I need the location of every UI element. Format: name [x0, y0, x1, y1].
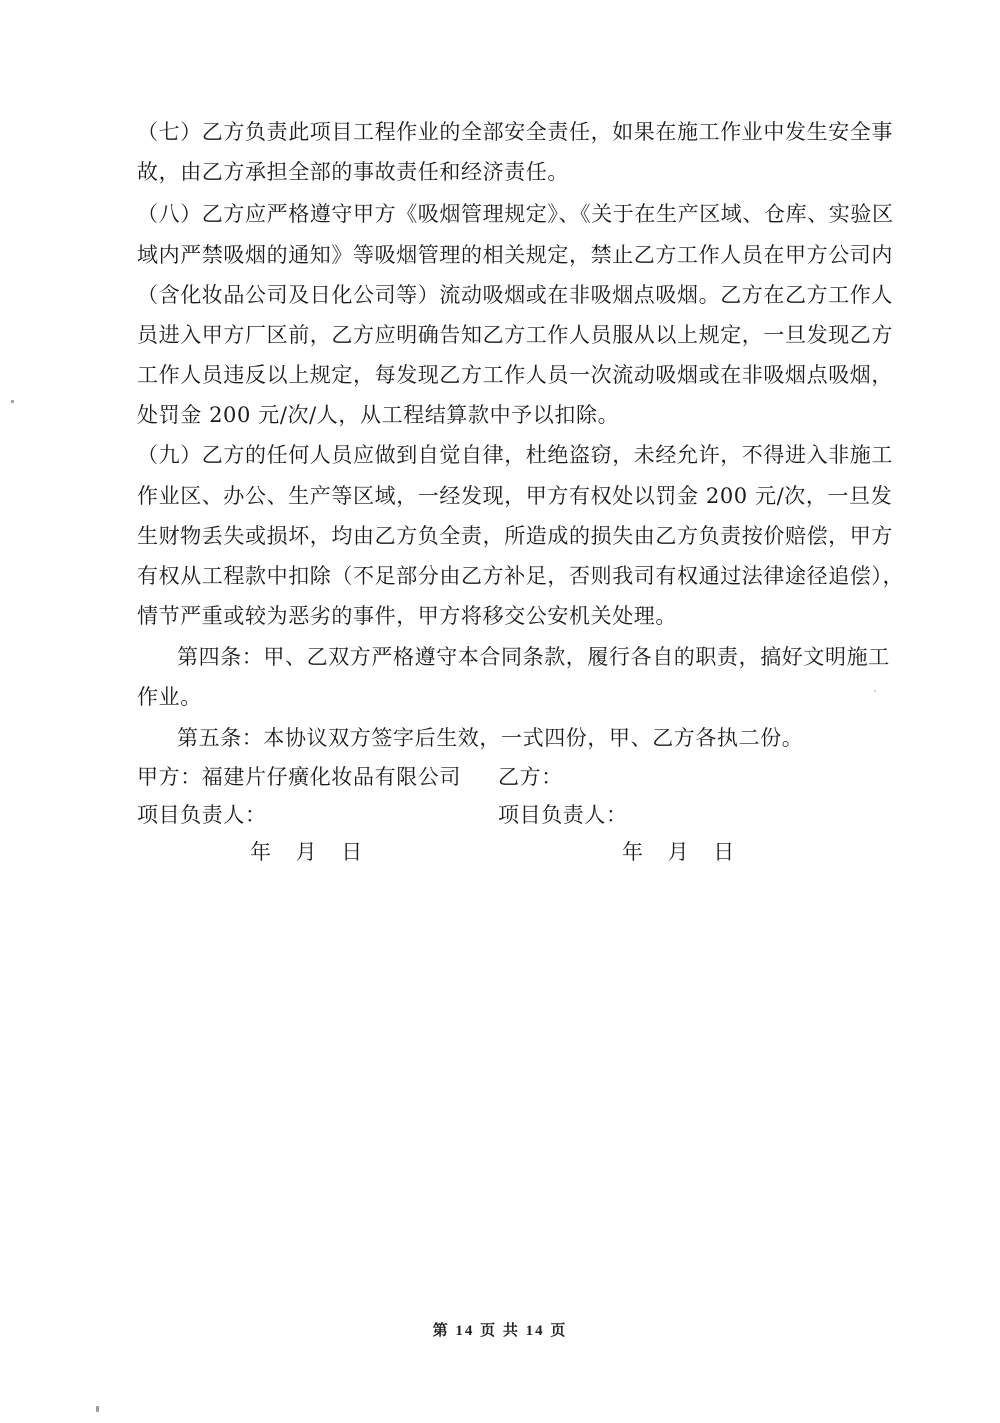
- clause-9-line-5: 情节严重或较为恶劣的事件，甲方将移交公安机关处理。: [137, 604, 677, 628]
- month-label: 月: [296, 840, 318, 864]
- article-4-line-2: 作业。: [137, 685, 202, 709]
- clause-8-line-2: 域内严禁吸烟的通知》等吸烟管理的相关规定，禁止乙方工作人员在甲方公司内: [137, 243, 893, 267]
- party-a-name: 甲方：福建片仔癀化妆品有限公司: [137, 765, 461, 789]
- clause-8-line-3: （含化妆品公司及日化公司等）流动吸烟或在非吸烟点吸烟。乙方在乙方工作人: [137, 283, 893, 307]
- clause-9-line-1: （九）乙方的任何人员应做到自觉自律，杜绝盗窃，未经允许，不得进入非施工: [137, 443, 893, 467]
- clause-7-line-1: （七）乙方负责此项目工程作业的全部安全责任，如果在施工作业中发生安全事: [137, 120, 893, 144]
- clause-8-line-4: 员进入甲方厂区前，乙方应明确告知乙方工作人员服从以上规定，一旦发现乙方: [137, 323, 893, 347]
- party-b-date: 年月日: [622, 840, 759, 864]
- month-label: 月: [668, 840, 690, 864]
- clause-9-line-3: 生财物丢失或损坏，均由乙方负全责，所造成的损失由乙方负责按价赔偿，甲方: [137, 524, 893, 548]
- clause-8-line-1: （八）乙方应严格遵守甲方《吸烟管理规定》、《关于在生产区域、仓库、实验区: [137, 202, 894, 226]
- day-label: 日: [713, 840, 735, 864]
- document-page: （七）乙方负责此项目工程作业的全部安全责任，如果在施工作业中发生安全事 故，由乙…: [0, 0, 1000, 1423]
- year-label: 年: [250, 840, 272, 864]
- article-4-line-1: 第四条：甲、乙双方严格遵守本合同条款，履行各自的职责，搞好文明施工: [177, 645, 890, 669]
- day-label: 日: [341, 840, 363, 864]
- clause-8-line-6: 处罚金 200 元/次/人，从工程结算款中予以扣除。: [137, 403, 619, 427]
- clause-8-line-5: 工作人员违反以上规定，每发现乙方工作人员一次流动吸烟或在非吸烟点吸烟，: [137, 363, 893, 387]
- scan-speck: [11, 400, 14, 403]
- party-b-manager-label: 项目负责人：: [498, 803, 628, 827]
- scan-speck: [874, 690, 876, 692]
- article-5-line-1: 第五条：本协议双方签字后生效，一式四份，甲、乙方各执二份。: [177, 726, 803, 750]
- party-b-name: 乙方：: [498, 765, 563, 789]
- year-label: 年: [622, 840, 644, 864]
- clause-9-line-2: 作业区、办公、生产等区域，一经发现，甲方有权处以罚金 200 元/次，一旦发: [137, 484, 892, 508]
- clause-7-line-2: 故，由乙方承担全部的事故责任和经济责任。: [137, 160, 569, 184]
- page-indicator: 第 14 页 共 14 页: [0, 1319, 1000, 1340]
- party-a-date: 年月日: [250, 840, 387, 864]
- clause-9-line-4: 有权从工程款中扣除（不足部分由乙方补足，否则我司有权通过法律途径追偿），: [137, 564, 904, 588]
- scan-speck: [96, 1406, 99, 1412]
- party-a-manager-label: 项目负责人：: [137, 803, 267, 827]
